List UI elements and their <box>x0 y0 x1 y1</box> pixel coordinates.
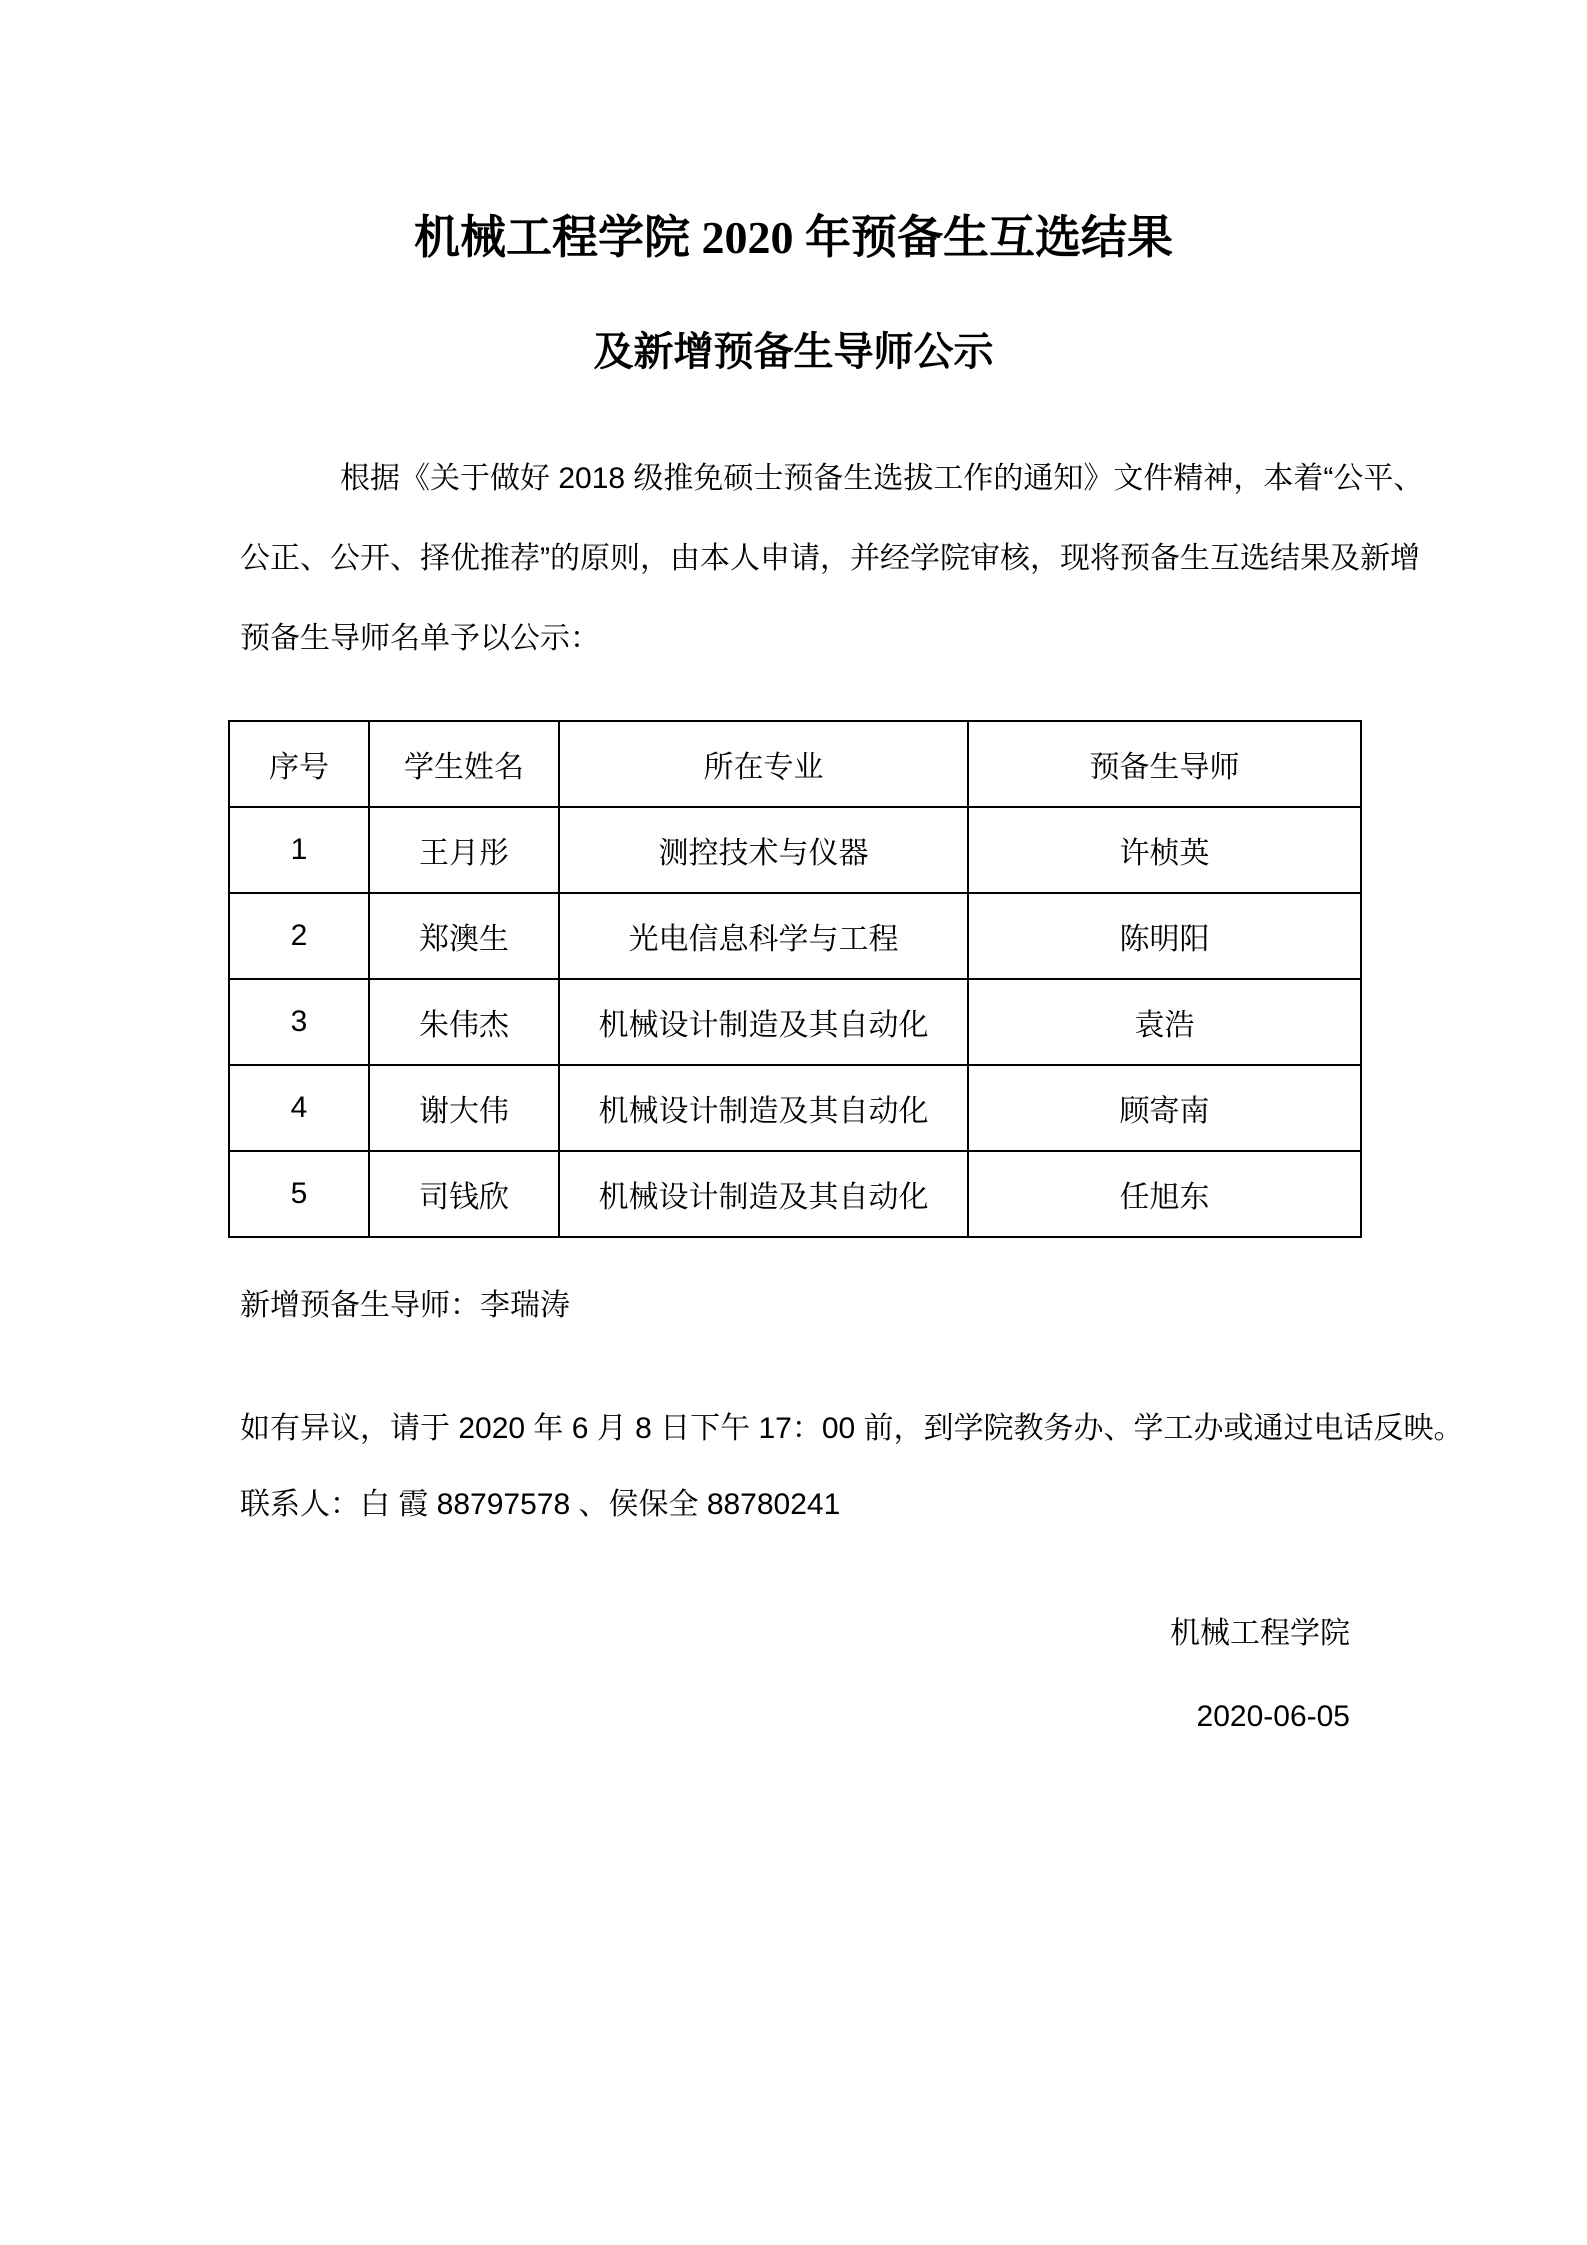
notice-document-page: 机械工程学院 2020 年预备生互选结果 及新增预备生导师公示 根据《关于做好 … <box>0 0 1587 2245</box>
cell-student-name: 司钱欣 <box>369 1151 559 1237</box>
signature-date: 2020-06-05 <box>1197 1677 1350 1757</box>
table-header-row: 序号 学生姓名 所在专业 预备生导师 <box>229 721 1361 807</box>
cell-student-name: 王月彤 <box>369 807 559 893</box>
cell-mentor: 陈明阳 <box>968 893 1361 979</box>
table-row: 5 司钱欣 机械设计制造及其自动化 任旭东 <box>229 1151 1361 1237</box>
contact-info: 联系人：白 霞 88797578 、侯保全 88780241 <box>240 1465 840 1545</box>
cell-index: 3 <box>229 979 369 1065</box>
intro-line-1: 根据《关于做好 2018 级推免硕士预备生选拔工作的通知》文件精神，本着“公平、 <box>240 439 1360 519</box>
cell-student-name: 郑澳生 <box>369 893 559 979</box>
cell-index: 2 <box>229 893 369 979</box>
cell-mentor: 顾寄南 <box>968 1065 1361 1151</box>
header-index: 序号 <box>229 721 369 807</box>
cell-index: 4 <box>229 1065 369 1151</box>
cell-major: 机械设计制造及其自动化 <box>559 1151 968 1237</box>
document-title-line2: 及新增预备生导师公示 <box>0 312 1587 392</box>
cell-index: 1 <box>229 807 369 893</box>
cell-index: 5 <box>229 1151 369 1237</box>
selection-results-table: 序号 学生姓名 所在专业 预备生导师 1 王月彤 测控技术与仪器 许桢英 2 郑… <box>228 720 1362 1238</box>
header-major: 所在专业 <box>559 721 968 807</box>
cell-major: 测控技术与仪器 <box>559 807 968 893</box>
header-mentor: 预备生导师 <box>968 721 1361 807</box>
signature-organization: 机械工程学院 <box>1170 1594 1350 1674</box>
intro-line-2: 公正、公开、择优推荐”的原则，由本人申请，并经学院审核，现将预备生互选结果及新增 <box>240 519 1360 599</box>
cell-major: 机械设计制造及其自动化 <box>559 979 968 1065</box>
cell-mentor: 任旭东 <box>968 1151 1361 1237</box>
intro-line-3: 预备生导师名单予以公示： <box>240 599 1360 679</box>
table-row: 4 谢大伟 机械设计制造及其自动化 顾寄南 <box>229 1065 1361 1151</box>
intro-paragraph: 根据《关于做好 2018 级推免硕士预备生选拔工作的通知》文件精神，本着“公平、… <box>240 439 1360 679</box>
header-student-name: 学生姓名 <box>369 721 559 807</box>
cell-student-name: 朱伟杰 <box>369 979 559 1065</box>
table-row: 2 郑澳生 光电信息科学与工程 陈明阳 <box>229 893 1361 979</box>
new-mentor-note: 新增预备生导师：李瑞涛 <box>240 1266 570 1346</box>
document-title-line1: 机械工程学院 2020 年预备生互选结果 <box>0 198 1587 278</box>
cell-student-name: 谢大伟 <box>369 1065 559 1151</box>
cell-major: 机械设计制造及其自动化 <box>559 1065 968 1151</box>
cell-mentor: 袁浩 <box>968 979 1361 1065</box>
objection-instructions: 如有异议，请于 2020 年 6 月 8 日下午 17：00 前，到学院教务办、… <box>240 1389 1464 1469</box>
table-row: 3 朱伟杰 机械设计制造及其自动化 袁浩 <box>229 979 1361 1065</box>
table-row: 1 王月彤 测控技术与仪器 许桢英 <box>229 807 1361 893</box>
cell-major: 光电信息科学与工程 <box>559 893 968 979</box>
cell-mentor: 许桢英 <box>968 807 1361 893</box>
